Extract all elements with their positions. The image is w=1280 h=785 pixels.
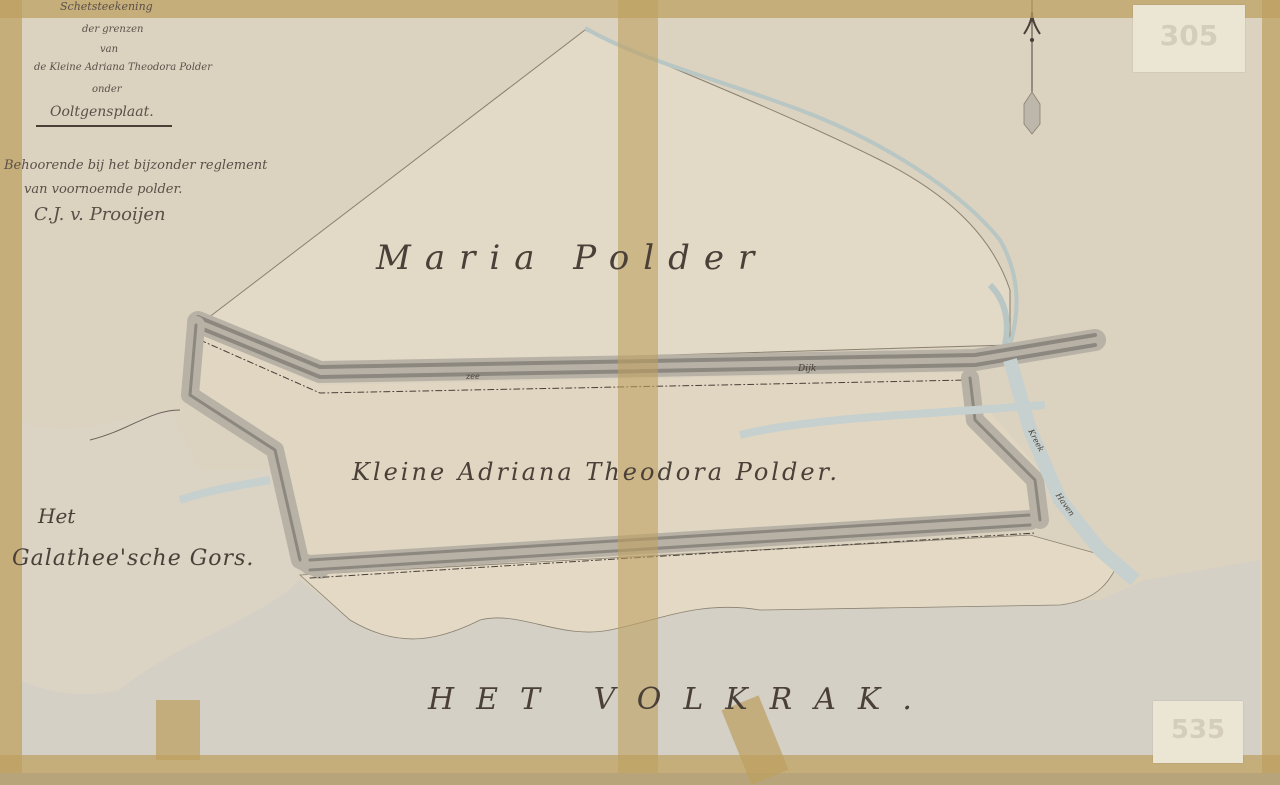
- tape-bottom-left: [156, 700, 200, 760]
- label-kleine-polder: Kleine Adriana Theodora Polder.: [352, 458, 840, 486]
- label-volkrak: HET VOLKRAK.: [428, 682, 934, 717]
- title-line-5: onder: [92, 84, 122, 95]
- title-line-2: der grenzen: [82, 24, 143, 35]
- title-line-6: Ooltgensplaat.: [50, 104, 154, 120]
- title-line-4: de Kleine Adriana Theodora Polder: [34, 62, 212, 73]
- signature: C.J. v. Prooijen: [34, 204, 166, 225]
- catalog-sticker-bottom: 535: [1153, 701, 1243, 763]
- title-line-3: van: [100, 44, 118, 55]
- catalog-sticker-top: 305: [1133, 5, 1245, 72]
- label-dike-left: zee: [466, 372, 480, 381]
- map-sheet: 305 535 Schetsteekening der grenzen van …: [0, 0, 1280, 773]
- tape-left: [0, 0, 22, 773]
- label-gors-2: Galathee'sche Gors.: [12, 546, 254, 571]
- maria-polder-outline: [208, 30, 1010, 365]
- tape-right: [1262, 0, 1280, 773]
- label-dike-right: Dijk: [798, 364, 816, 374]
- title-line-1: Schetsteekening: [60, 0, 153, 13]
- label-gors-1: Het: [38, 504, 75, 528]
- label-maria-polder: Maria Polder: [376, 238, 768, 278]
- tape-center: [618, 0, 658, 773]
- north-arrow-icon: [1024, 0, 1040, 134]
- note-line-2: van voornoemde polder.: [24, 182, 182, 197]
- note-line-1: Behoorende bij het bijzonder reglement: [4, 158, 267, 173]
